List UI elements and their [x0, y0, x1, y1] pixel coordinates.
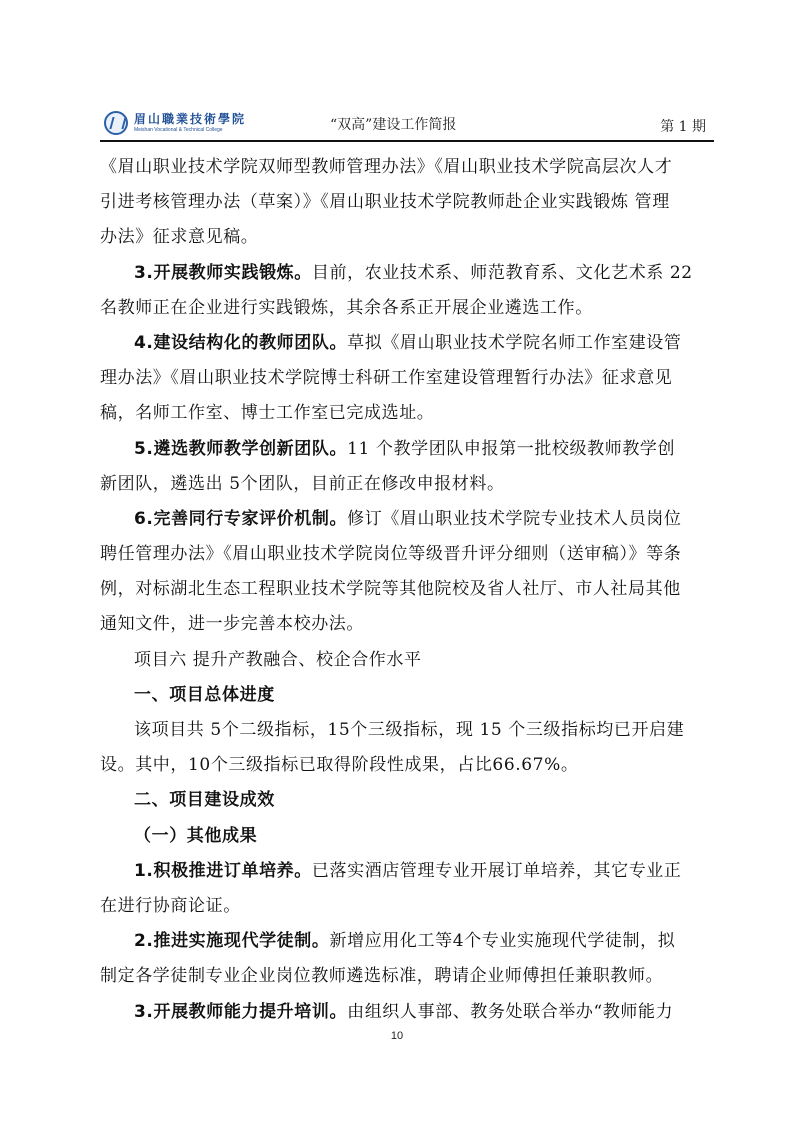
item-text: 修订《眉山职业技术学院专业技术人员岗位 — [347, 509, 681, 529]
paragraph-line: 设。其中，10个三级指标已取得阶段性成果，占比66.67%。 — [100, 748, 714, 783]
page-number: 10 — [0, 1030, 794, 1042]
item-text: 已落实酒店管理专业开展订单培养，其它专业正 — [312, 861, 682, 881]
paragraph-line: 5.遴选教师教学创新团队。11 个教学团队申报第一批校级教师教学创 — [100, 432, 714, 467]
paragraph-line: 制定各学徒制专业企业岗位教师遴选标准，聘请企业师傅担任兼职教师。 — [100, 959, 714, 994]
logo-chinese-name: 眉山職業技術學院 — [134, 110, 246, 127]
paragraph-line: 理办法》《眉山职业技术学院博士科研工作室建设管理暂行办法》征求意见 — [100, 361, 714, 396]
paragraph-line: 名教师正在企业进行实践锻炼，其余各系正开展企业遴选工作。 — [100, 291, 714, 326]
paragraph-line: 聘任管理办法》《眉山职业技术学院岗位等级晋升评分细则（送审稿）》等条 — [100, 537, 714, 572]
paragraph-line: 稿，名师工作室、博士工作室已完成选址。 — [100, 396, 714, 431]
project-title: 项目六 提升产教融合、校企合作水平 — [100, 643, 714, 678]
section-heading: 一、项目总体进度 — [100, 678, 714, 713]
paragraph-line: 2.推进实施现代学徒制。新增应用化工等4个专业实施现代学徒制，拟 — [100, 924, 714, 959]
item-text: 草拟《眉山职业技术学院名师工作室建设管 — [347, 333, 681, 353]
logo-english-name: Meishan Vocational & Technical College — [134, 127, 223, 133]
paragraph-line: 1.积极推进订单培养。已落实酒店管理专业开展订单培养，其它专业正 — [100, 854, 714, 889]
paragraph-line: 在进行协商论证。 — [100, 889, 714, 924]
paragraph-line: 6.完善同行专家评价机制。修订《眉山职业技术学院专业技术人员岗位 — [100, 502, 714, 537]
college-emblem-icon — [104, 111, 128, 135]
item-lead: 6.完善同行专家评价机制。 — [134, 509, 347, 529]
item-lead: 2.推进实施现代学徒制。 — [134, 931, 330, 951]
issue-number: 第 1 期 — [660, 116, 706, 136]
paragraph-line: 《眉山职业技术学院双师型教师管理办法》《眉山职业技术学院高层次人才 — [100, 150, 714, 185]
item-text: 由组织人事部、教务处联合举办“教师能力 — [347, 1002, 673, 1022]
section-heading: 二、项目建设成效 — [100, 783, 714, 818]
paragraph-line: 该项目共 5个二级指标，15个三级指标，现 15 个三级指标均已开启建 — [100, 713, 714, 748]
item-lead: 3.开展教师能力提升培训。 — [134, 1002, 347, 1022]
item-lead: 3.开展教师实践锻炼。 — [134, 263, 312, 283]
subsection-heading: （一）其他成果 — [100, 819, 714, 854]
paragraph-line: 新团队，遴选出 5个团队，目前正在修改申报材料。 — [100, 467, 714, 502]
document-body: 《眉山职业技术学院双师型教师管理办法》《眉山职业技术学院高层次人才 引进考核管理… — [100, 150, 714, 1030]
paragraph-line: 3.开展教师实践锻炼。目前，农业技术系、师范教育系、文化艺术系 22 — [100, 256, 714, 291]
page-header: 眉山職業技術學院 Meishan Vocational & Technical … — [102, 108, 712, 142]
paragraph-line: 4.建设结构化的教师团队。草拟《眉山职业技术学院名师工作室建设管 — [100, 326, 714, 361]
paragraph-line: 办法》征求意见稿。 — [100, 220, 714, 255]
header-divider — [100, 140, 714, 142]
paragraph-line: 通知文件，进一步完善本校办法。 — [100, 607, 714, 642]
item-text: 新增应用化工等4个专业实施现代学徒制，拟 — [330, 931, 676, 951]
item-lead: 5.遴选教师教学创新团队。 — [134, 439, 347, 459]
paragraph-line: 引进考核管理办法（草案）》《眉山职业技术学院教师赴企业实践锻炼 管理 — [100, 185, 714, 220]
item-text: 目前，农业技术系、师范教育系、文化艺术系 22 — [312, 263, 693, 283]
college-logo: 眉山職業技術學院 Meishan Vocational & Technical … — [102, 110, 262, 138]
item-text: 11 个教学团队申报第一批校级教师教学创 — [347, 439, 675, 459]
bulletin-title: “双高”建设工作简报 — [330, 114, 456, 134]
item-lead: 1.积极推进订单培养。 — [134, 861, 312, 881]
paragraph-line: 例，对标湖北生态工程职业技术学院等其他院校及省人社厅、市人社局其他 — [100, 572, 714, 607]
item-lead: 4.建设结构化的教师团队。 — [134, 333, 347, 353]
paragraph-line: 3.开展教师能力提升培训。由组织人事部、教务处联合举办“教师能力 — [100, 995, 714, 1030]
